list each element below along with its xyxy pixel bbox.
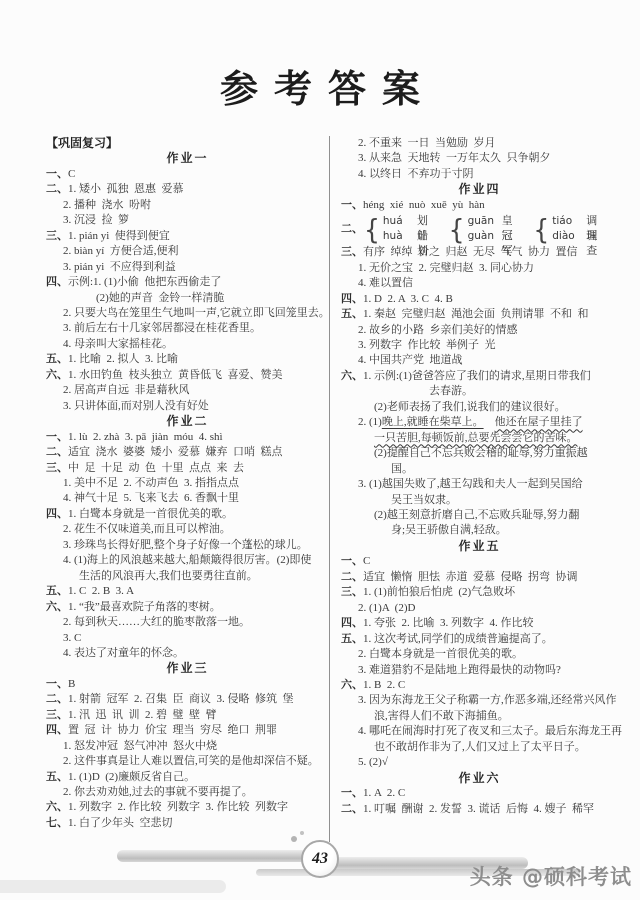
answer-line: 2. 白鹭本身就是一首很优美的歌。 [341,647,618,662]
answer-line: 3. 珍珠鸟长得好肥,整个身子好像一个蓬松的球儿。 [46,538,329,553]
answer-line: 三、1. 汛 迅 讯 训 2. 碧 璧 壁 臂 [46,708,329,723]
section-label: 【巩固复习】 [46,136,329,151]
answer-line: 3. 沉浸 捡 箩 [46,213,329,228]
answer-line: 四、示例:1. (1)小偷 他把东西偷走了 [46,275,329,290]
answer-line: 2. 这件事真是让人难以置信,可笑的是他却深信不疑。 [46,754,329,769]
answer-line: 2. 不重来 一日 当勉励 岁月 [341,136,618,151]
assignment-header: 作业六 [341,771,618,786]
answer-line: 六、1. B 2. C [341,678,618,693]
brace-glyph: { [533,221,549,238]
answer-line: 2. (1)晚上,就睡在柴草上。 他还在屋子里挂了 [341,415,618,430]
answer-line: 5. (2)√ [341,755,618,770]
answer-line: 五、1. 这次考试,同学们的成绩普遍提高了。 [341,632,618,647]
answer-line: 六、1. 水田钓鱼 枝头独立 黄昏低飞 喜爱、赞美 [46,368,329,383]
answer-line: 浪,害得人们不敢下海捕鱼。 [341,709,618,724]
answer-line: 4. 哪吒在闹海时打死了夜叉和三太子。最后东海龙王再 [341,724,618,739]
answer-line: 1. 无价之宝 2. 完璧归赵 3. 同心协力 [341,261,618,276]
answer-line: 一、1. lù 2. zhà 3. pā jiàn móu 4. shì [46,430,329,445]
answer-line: 2. 你去劝劝她,过去的事就不要再提了。 [46,785,329,800]
pinyin-brace-group: 二、{huá划船huà计划{guān皇冠guàn冠军{tiáo调理diào调查 [341,213,618,245]
watermark: 头条 @硕科考试 [470,861,632,891]
answer-line: 五、1. (1)D (2)廉颇反省自己。 [46,770,329,785]
answer-line: 4. 母亲叫大家摇桂花。 [46,337,329,352]
answer-line: 2. 居高声自远 非是藉秋风 [46,383,329,398]
answer-line: 4. 神气十足 5. 飞来飞去 6. 香飘十里 [46,491,329,506]
answer-line: 三、中 足 十足 动 色 十里 点点 来 去 [46,461,329,476]
answer-line: 国。 [341,462,618,477]
answer-line: 一、C [46,167,329,182]
brace-glyph: { [364,221,380,238]
answer-line: (2)她的声音 金铃一样清脆 [46,291,329,306]
page-number: 43 [301,840,339,878]
answer-line: 四、1. D 2. A 3. C 4. B [341,292,618,307]
answer-line: 二、1. 射箭 冠军 2. 召集 臣 商议 3. 侵略 修筑 堡 [46,692,329,707]
answer-line: 二、1. 矮小 孤独 恩惠 爱慕 [46,182,329,197]
answer-line: 一、1. A 2. C [341,786,618,801]
answer-line: 3. 前后左右十几家邻居都浸在桂花香里。 [46,321,329,336]
answer-line: 2. 每到秋天……大红的脆枣散落一地。 [46,615,329,630]
answer-line: 三、有序 绰绰 价之 归赵 无尽 气气 协力 置信 [341,245,618,260]
answer-line: 4. 难以置信 [341,276,618,291]
answer-line: (2)提醒自己不忘兵败会稽的耻辱,努力重振越 [341,446,618,461]
answer-line: 六、1. “我”最喜欢院子角落的枣树。 [46,600,329,615]
assignment-header: 作业一 [46,151,329,166]
answer-line: 3. (1)越国失败了,越王勾践和夫人一起到吴国给 [341,477,618,492]
answer-line: 3. 列数字 作比较 举例子 光 [341,338,618,353]
answer-line: 身;吴王骄傲自满,轻敌。 [341,523,618,538]
answer-line: 3. pián yi 不应得到利益 [46,260,329,275]
assignment-header: 作业四 [341,182,618,197]
answer-line: 3. 难道猎豹不是陆地上跑得最快的动物吗? [341,663,618,678]
answer-columns: 【巩固复习】作业一一、C二、1. 矮小 孤独 恩惠 爱慕2. 播种 浇水 吩咐3… [46,136,616,842]
answer-line: 4. 表达了对童年的怀念。 [46,646,329,661]
answer-line: 3. 只讲体面,而对别人没有好处 [46,399,329,414]
assignment-header: 作业三 [46,661,329,676]
answer-line: 四、置 冠 计 协力 价宝 理当 穷尽 绝口 荆罪 [46,723,329,738]
answer-line: 2. biàn yí 方便合适,便利 [46,244,329,259]
answer-line: 4. (1)海上的风浪越来越大,船颠簸得很厉害。(2)即使 [46,553,329,568]
answer-line: 二、1. 叮嘱 酬谢 2. 发誓 3. 谎话 后悔 4. 嫂子 稀罕 [341,802,618,817]
scan-edge-strip [0,880,226,893]
answer-line: 五、1. 秦赵 完璧归赵 渑池会面 负荆请罪 不和 和 [341,307,618,322]
answer-line: 3. C [46,631,329,646]
answer-line: 三、1. pián yi 使得到便宜 [46,229,329,244]
right-column: 2. 不重来 一日 当勉励 岁月3. 从来急 天地转 一万年太久 只争朝夕4. … [329,136,618,842]
answer-line: 二、适宜 懒惰 胆怯 赤道 爱慕 侵略 拐弯 协调 [341,570,618,585]
answer-line: 2. 只要大鸟在笼里生气地叫一声,它就立即飞回笼里去。 [46,306,329,321]
answer-line: 一、héng xié nuò xuē yù hàn [341,198,618,213]
banner-dot [300,831,304,835]
workbook-answer-page: 参考答案 【巩固复习】作业一一、C二、1. 矮小 孤独 恩惠 爱慕2. 播种 浇… [0,0,640,900]
answer-line: 吴王当奴隶。 [341,493,618,508]
answer-line: 4. 以终日 不弃功于寸阴 [341,167,618,182]
answer-line: 六、1. 列数字 2. 作比较 列数字 3. 作比较 列数字 [46,800,329,815]
answer-line: 2. 花生不仅味道美,而且可以榨油。 [46,522,329,537]
answer-line: (2)越王刻意折磨自己,不忘败兵耻辱,努力翻 [341,508,618,523]
answer-line: 4. 中国共产党 地道战 [341,353,618,368]
answer-line: 四、1. 夸张 2. 比喻 3. 列数字 4. 作比较 [341,616,618,631]
answer-line: 一只苦胆,每顿饭前,总要先尝尝它的苦味。 [341,431,618,446]
answer-line: 七、1. 白了少年头 空悲切 [46,816,329,831]
answer-line: 2. 播种 浇水 吩咐 [46,198,329,213]
answer-line: 六、1. 示例:(1)爸爸答应了我们的请求,星期日带我们 [341,369,618,384]
banner-dot [291,836,297,842]
answer-line: 3. 从来急 天地转 一万年太久 只争朝夕 [341,151,618,166]
answer-line: 3. 因为东海龙王父子称霸一方,作恶多端,还经常兴风作 [341,693,618,708]
page-title: 参考答案 [0,58,640,113]
answer-line: 五、1. C 2. B 3. A [46,584,329,599]
answer-line: 2. (1)A (2)D [341,601,618,616]
left-column: 【巩固复习】作业一一、C二、1. 矮小 孤独 恩惠 爱慕2. 播种 浇水 吩咐3… [46,136,329,842]
answer-line: 三、1. (1)前怕狼后怕虎 (2)气急败坏 [341,585,618,600]
answer-line: 二、适宜 浇水 婆婆 矮小 爱慕 嫌弃 口哨 糕点 [46,445,329,460]
assignment-header: 作业二 [46,414,329,429]
brace-glyph: { [449,221,465,238]
answer-line: 也不敢胡作非为了,人们又过上了太平日子。 [341,740,618,755]
answer-line: 1. 怒发冲冠 怒气冲冲 怒火中烧 [46,739,329,754]
answer-line: 五、1. 比喻 2. 拟人 3. 比喻 [46,352,329,367]
answer-line: (2)老师表扬了我们,说我们的建议很好。 [341,400,618,415]
assignment-header: 作业五 [341,539,618,554]
answer-line: 2. 故乡的小路 乡亲们美好的情感 [341,323,618,338]
answer-line: 四、1. 白鹭本身就是一首很优美的歌。 [46,507,329,522]
answer-line: 一、C [341,554,618,569]
answer-line: 去春游。 [341,384,618,399]
answer-line: 生活的风浪再大,我们也要勇往直前。 [46,569,329,584]
answer-line: 1. 美中不足 2. 不动声色 3. 指指点点 [46,476,329,491]
banner-bar-left [117,850,325,862]
answer-line: 一、B [46,677,329,692]
